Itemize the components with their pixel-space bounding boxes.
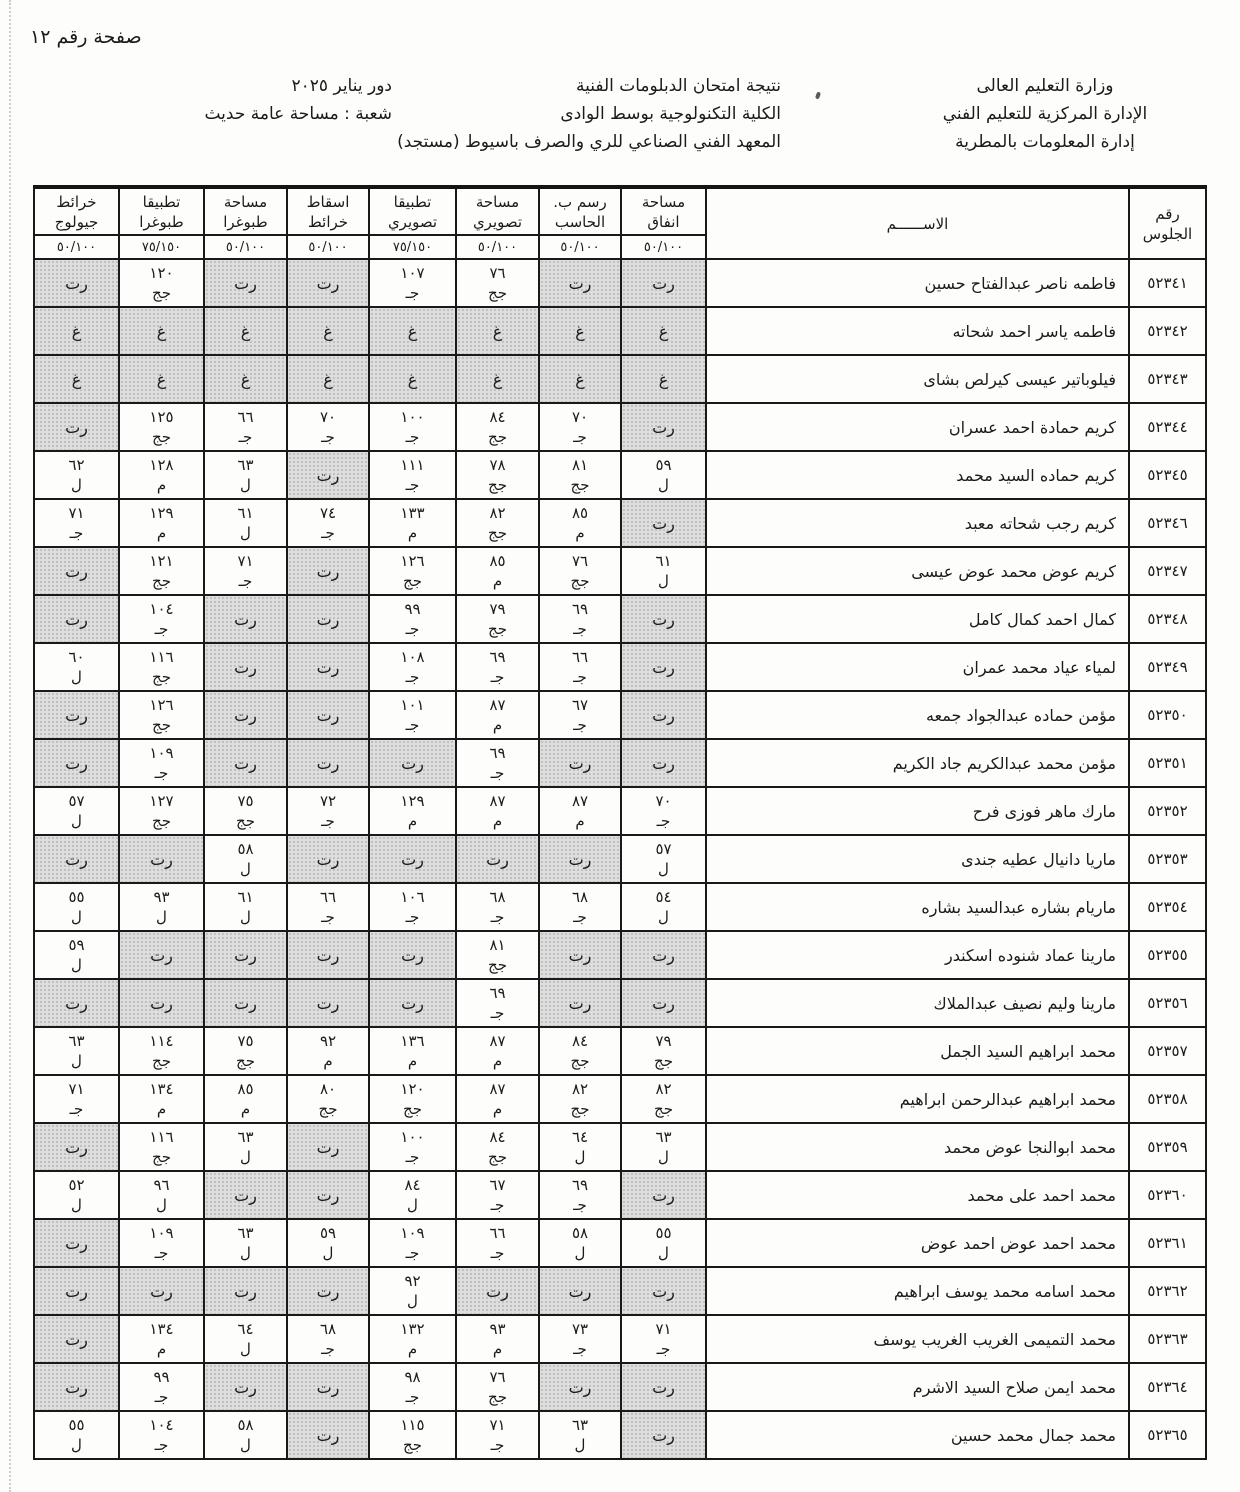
student-row: ٥٢٣٥٠مؤمن حماده عبدالجواد جمعهرت٦٧جـ٨٧م١…	[34, 691, 1206, 739]
grade-letter: جج	[120, 572, 203, 591]
grade-cell: رت	[539, 979, 621, 1027]
grade-letter: ل	[120, 1196, 203, 1215]
grade-cell: ٦٧جـ	[539, 691, 621, 739]
grade-letter: جج	[288, 1100, 368, 1119]
grade-cell: رت	[204, 691, 287, 739]
score-value: ١٠٦	[370, 887, 455, 908]
seat-number-cell: ٥٢٣٤٣	[1129, 355, 1206, 403]
grade-letter: ل	[370, 1196, 455, 1215]
grade-cell: ٦٤ل	[204, 1315, 287, 1363]
grade-letter: م	[370, 1052, 455, 1071]
student-row: ٥٢٣٦٢محمد اسامه محمد يوسف ابراهيمرترترت٩…	[34, 1267, 1206, 1315]
seat-number-cell: ٥٢٣٥٢	[1129, 787, 1206, 835]
grade-letter: م	[120, 524, 203, 543]
student-row: ٥٢٣٥٤ماريام بشاره عبدالسيد بشاره٥٤ل٦٨جـ٦…	[34, 883, 1206, 931]
score-value: ١٢٨	[120, 455, 203, 476]
grade-letter: م	[457, 716, 538, 735]
grade-letter: ل	[35, 908, 118, 927]
grade-cell: غ	[119, 307, 204, 355]
table-header: رقم الجلوس الاســــــم مساحةانفاق رسم ب.…	[34, 187, 1206, 259]
grade-letter: م	[120, 476, 203, 495]
score-value: ٨٤	[370, 1175, 455, 1196]
grade-letter: جـ	[370, 284, 455, 303]
grade-letter: ل	[205, 1148, 286, 1167]
score-value: ٧٩	[457, 599, 538, 620]
student-name-cell: فاطمه ناصر عبدالفتاح حسين	[706, 259, 1129, 307]
header-ministry-block: وزارة التعليم العالى الإدارة المركزية لل…	[880, 72, 1210, 156]
grade-cell: ١١٥جج	[369, 1411, 456, 1459]
score-value: ٦١	[205, 887, 286, 908]
score-value: ٧٢	[288, 791, 368, 812]
grade-cell: رت	[287, 739, 369, 787]
grade-letter: جج	[457, 284, 538, 303]
grade-letter: جـ	[370, 908, 455, 927]
grade-letter: ل	[540, 1148, 620, 1167]
seat-number-cell: ٥٢٣٤٧	[1129, 547, 1206, 595]
grade-cell: رت	[621, 1363, 706, 1411]
grade-cell: رت	[287, 451, 369, 499]
score-value: ٦٠	[35, 647, 118, 668]
grade-letter: ل	[35, 668, 118, 687]
grade-cell: رت	[539, 1363, 621, 1411]
grade-cell: ٥٩ل	[621, 451, 706, 499]
grade-cell: ٥٢ل	[34, 1171, 119, 1219]
grade-letter: جـ	[457, 1244, 538, 1263]
grade-letter: جـ	[457, 668, 538, 687]
score-value: ١٣٢	[370, 1319, 455, 1340]
grade-cell: غ	[204, 355, 287, 403]
score-value: ٩٦	[120, 1175, 203, 1196]
grade-cell: ١٢٠جج	[369, 1075, 456, 1123]
max-score: ٥٠/١٠٠	[204, 235, 287, 259]
grade-cell: رت	[204, 979, 287, 1027]
grade-cell: ٨٧م	[456, 1027, 539, 1075]
score-value: ٩٩	[370, 599, 455, 620]
grade-cell: ١٢٦جج	[369, 547, 456, 595]
score-value: ٨٢	[457, 503, 538, 524]
grade-cell: ٨٥م	[456, 547, 539, 595]
grade-cell: ١٠٤جـ	[119, 595, 204, 643]
grade-cell: رت	[34, 595, 119, 643]
seat-number-cell: ٥٢٣٥٧	[1129, 1027, 1206, 1075]
grade-letter: جج	[622, 1100, 705, 1119]
grade-cell: رت	[287, 1363, 369, 1411]
score-value: ٦٧	[540, 695, 620, 716]
grade-cell: رت	[204, 259, 287, 307]
grade-cell: رت	[34, 259, 119, 307]
grade-cell: رت	[34, 1123, 119, 1171]
grade-cell: ٦٧جـ	[456, 1171, 539, 1219]
seat-number-cell: ٥٢٣٤٢	[1129, 307, 1206, 355]
score-value: ٧٠	[540, 407, 620, 428]
grade-cell: ١٣٢م	[369, 1315, 456, 1363]
grade-cell: غ	[34, 307, 119, 355]
grade-letter: ل	[205, 524, 286, 543]
grade-cell: ٨٥م	[204, 1075, 287, 1123]
score-value: ١١٦	[120, 647, 203, 668]
grade-cell: ٧٣جـ	[539, 1315, 621, 1363]
grade-cell: غ	[204, 307, 287, 355]
grade-letter: ل	[205, 1244, 286, 1263]
grade-cell: ١٣٣م	[369, 499, 456, 547]
score-value: ١٣٣	[370, 503, 455, 524]
score-value: ١٠٩	[370, 1223, 455, 1244]
score-value: ١٢٩	[120, 503, 203, 524]
score-value: ٧٦	[457, 263, 538, 284]
score-value: ١٢٦	[120, 695, 203, 716]
score-value: ٦٧	[457, 1175, 538, 1196]
score-value: ٧٥	[205, 1031, 286, 1052]
grade-cell: ١٠٩جـ	[369, 1219, 456, 1267]
header-exam-block: نتيجة امتحان الدبلومات الفنية الكلية الت…	[361, 72, 781, 156]
grade-letter: جج	[457, 1388, 538, 1407]
grade-letter: م	[457, 1100, 538, 1119]
grade-cell: ٨٤جج	[456, 403, 539, 451]
grade-letter: جج	[120, 284, 203, 303]
grade-letter: جـ	[540, 908, 620, 927]
grade-letter: ل	[35, 1052, 118, 1071]
score-value: ٧٤	[288, 503, 368, 524]
grade-cell: ١٢٦جج	[119, 691, 204, 739]
score-value: ٦٦	[540, 647, 620, 668]
score-value: ١٢٦	[370, 551, 455, 572]
score-value: ١٠١	[370, 695, 455, 716]
grade-cell: ٧٩جج	[621, 1027, 706, 1075]
student-row: ٥٢٣٥٦مارينا وليم نصيف عبدالملاكرترت٦٩جـر…	[34, 979, 1206, 1027]
grade-cell: ٨٤جج	[456, 1123, 539, 1171]
grade-letter: جج	[120, 428, 203, 447]
grade-cell: ١٣٤م	[119, 1315, 204, 1363]
student-name-cell: محمد احمد على محمد	[706, 1171, 1129, 1219]
student-row: ٥٢٣٦١محمد احمد عوض احمد عوض٥٥ل٥٨ل٦٦جـ١٠٩…	[34, 1219, 1206, 1267]
grade-letter: جج	[120, 812, 203, 831]
grade-cell: ٦٠ل	[34, 643, 119, 691]
grade-letter: ل	[205, 908, 286, 927]
grade-letter: جـ	[457, 764, 538, 783]
seat-number-cell: ٥٢٣٥٠	[1129, 691, 1206, 739]
grade-letter: جج	[540, 1100, 620, 1119]
grade-letter: ل	[370, 1292, 455, 1311]
grade-letter: جـ	[622, 812, 705, 831]
student-row: ٥٢٣٤٢فاطمه ياسر احمد شحاتهغغغغغغغغ	[34, 307, 1206, 355]
seat-number-cell: ٥٢٣٥٦	[1129, 979, 1206, 1027]
score-value: ٩٣	[457, 1319, 538, 1340]
score-value: ٦٣	[205, 455, 286, 476]
grade-cell: ١٢٩م	[119, 499, 204, 547]
grade-cell: غ	[369, 355, 456, 403]
grade-letter: جج	[205, 812, 286, 831]
score-value: ١٠٤	[120, 1415, 203, 1436]
score-value: ٨٥	[457, 551, 538, 572]
student-row: ٥٢٣٤٨كمال احمد كمال كاملرت٦٩جـ٧٩جج٩٩جـرت…	[34, 595, 1206, 643]
student-row: ٥٢٣٤٦كريم رجب شحاته معبدرت٨٥م٨٢جج١٣٣م٧٤ج…	[34, 499, 1206, 547]
grade-letter: ل	[622, 572, 705, 591]
seat-number-cell: ٥٢٣٤٩	[1129, 643, 1206, 691]
grade-cell: ٥٨ل	[539, 1219, 621, 1267]
grade-cell: رت	[34, 1219, 119, 1267]
score-value: ١١١	[370, 455, 455, 476]
score-value: ٦١	[622, 551, 705, 572]
score-value: ٧٣	[540, 1319, 620, 1340]
grade-cell: غ	[539, 355, 621, 403]
max-score: ٥٠/١٠٠	[456, 235, 539, 259]
score-value: ٨٧	[457, 695, 538, 716]
score-value: ٨٥	[205, 1079, 286, 1100]
grade-cell: رت	[621, 1267, 706, 1315]
score-value: ٧٠	[622, 791, 705, 812]
grade-cell: ٨٧م	[456, 691, 539, 739]
grade-cell: غ	[287, 307, 369, 355]
subject-header-map-projection: اسقاطخرائط	[287, 187, 369, 235]
student-row: ٥٢٣٥٩محمد ابوالنجا عوض محمد٦٣ل٦٤ل٨٤جج١٠٠…	[34, 1123, 1206, 1171]
seat-number-cell: ٥٢٣٤٤	[1129, 403, 1206, 451]
grade-letter: جج	[457, 956, 538, 975]
header-session-block: دور يناير ٢٠٢٥ شعبة : مساحة عامة حديث	[92, 72, 392, 128]
session-line: دور يناير ٢٠٢٥	[92, 72, 392, 100]
grade-cell: ٦٨جـ	[456, 883, 539, 931]
student-name-cell: فيلوباتير عيسى كيرلص بشاى	[706, 355, 1129, 403]
max-score: ٥٠/١٠٠	[287, 235, 369, 259]
grade-letter: م	[288, 1052, 368, 1071]
subject-header-tunnel-survey: مساحةانفاق	[621, 187, 706, 235]
grade-cell: غ	[369, 307, 456, 355]
grade-letter: جـ	[457, 1436, 538, 1455]
score-value: ٦٣	[205, 1223, 286, 1244]
grade-cell: ١٢١جج	[119, 547, 204, 595]
grade-cell: ٩٩جـ	[119, 1363, 204, 1411]
grade-cell: رت	[369, 835, 456, 883]
grade-cell: ٨٠جج	[287, 1075, 369, 1123]
score-value: ٦٨	[457, 887, 538, 908]
grade-cell: ٩٦ل	[119, 1171, 204, 1219]
score-value: ٦٣	[35, 1031, 118, 1052]
student-name-cell: مؤمن حماده عبدالجواد جمعه	[706, 691, 1129, 739]
grade-cell: ٦٣ل	[539, 1411, 621, 1459]
score-value: ٦٩	[457, 983, 538, 1004]
score-value: ٨٧	[457, 1079, 538, 1100]
student-name-cell: محمد اسامه محمد يوسف ابراهيم	[706, 1267, 1129, 1315]
seat-number-cell: ٥٢٣٤٨	[1129, 595, 1206, 643]
grade-cell: رت	[34, 739, 119, 787]
grade-cell: رت	[119, 979, 204, 1027]
seat-number-cell: ٥٢٣٦٥	[1129, 1411, 1206, 1459]
grade-cell: رت	[287, 979, 369, 1027]
grade-cell: ٧٥جج	[204, 1027, 287, 1075]
student-name-cell: لمياء عياد محمد عمران	[706, 643, 1129, 691]
seat-number-cell: ٥٢٣٦١	[1129, 1219, 1206, 1267]
score-value: ٨٥	[540, 503, 620, 524]
grade-cell: غ	[621, 355, 706, 403]
score-value: ٧٩	[622, 1031, 705, 1052]
student-name-cell: كريم حماده السيد محمد	[706, 451, 1129, 499]
grade-letter: م	[370, 812, 455, 831]
student-name-cell: محمد ابراهيم عبدالرحمن ابراهيم	[706, 1075, 1129, 1123]
table-body: ٥٢٣٤١فاطمه ناصر عبدالفتاح حسينرترت٧٦جج١٠…	[34, 259, 1206, 1459]
score-value: ٦٩	[540, 1175, 620, 1196]
score-value: ٥٨	[205, 1415, 286, 1436]
score-value: ٦٣	[622, 1127, 705, 1148]
score-value: ١٠٩	[120, 743, 203, 764]
grade-letter: ل	[120, 908, 203, 927]
grade-letter: ل	[35, 812, 118, 831]
grade-letter: ل	[35, 476, 118, 495]
grade-cell: ٥٩ل	[287, 1219, 369, 1267]
score-value: ١٢٧	[120, 791, 203, 812]
student-name-cell: كريم رجب شحاته معبد	[706, 499, 1129, 547]
grade-cell: ٨٢جج	[456, 499, 539, 547]
score-value: ٨٤	[457, 1127, 538, 1148]
score-value: ١٣٦	[370, 1031, 455, 1052]
grade-letter: م	[205, 1100, 286, 1119]
grade-letter: م	[370, 524, 455, 543]
grade-cell: رت	[287, 259, 369, 307]
grade-cell: رت	[34, 403, 119, 451]
student-row: ٥٢٣٥٢مارك ماهر فوزى فرح٧٠جـ٨٧م٨٧م١٢٩م٧٢ج…	[34, 787, 1206, 835]
grade-cell: رت	[119, 931, 204, 979]
grade-letter: جج	[457, 476, 538, 495]
max-score: ٥٠/١٠٠	[621, 235, 706, 259]
grade-letter: جـ	[370, 476, 455, 495]
grade-letter: جـ	[370, 668, 455, 687]
grade-cell: ٩٢م	[287, 1027, 369, 1075]
score-value: ٥٥	[622, 1223, 705, 1244]
grade-letter: م	[540, 812, 620, 831]
grade-cell: ١٢٠جج	[119, 259, 204, 307]
grade-cell: ١٠٩جـ	[119, 1219, 204, 1267]
scanned-results-sheet: صفحة رقم ١٢ وزارة التعليم العالى الإدارة…	[0, 0, 1240, 1492]
grade-cell: ٥٧ل	[34, 787, 119, 835]
grade-letter: جـ	[120, 764, 203, 783]
grade-cell: ٧٢جـ	[287, 787, 369, 835]
grade-cell: ١٠٩جـ	[119, 739, 204, 787]
grade-letter: جـ	[457, 1196, 538, 1215]
grade-cell: رت	[204, 1171, 287, 1219]
score-value: ٨٧	[457, 791, 538, 812]
grade-letter: ل	[35, 956, 118, 975]
score-value: ٥٧	[35, 791, 118, 812]
grade-letter: جج	[457, 524, 538, 543]
grade-cell: رت	[539, 835, 621, 883]
grade-letter: جج	[540, 476, 620, 495]
student-name-cell: كريم عوض محمد عوض عيسى	[706, 547, 1129, 595]
student-row: ٥٢٣٤٧كريم عوض محمد عوض عيسى٦١ل٧٦جج٨٥م١٢٦…	[34, 547, 1206, 595]
student-name-cell: فاطمه ياسر احمد شحاته	[706, 307, 1129, 355]
score-value: ٦٢	[35, 455, 118, 476]
grade-letter: جج	[370, 1436, 455, 1455]
grade-letter: جـ	[457, 1004, 538, 1023]
grade-cell: ٩٩جـ	[369, 595, 456, 643]
grade-cell: ٥٨ل	[204, 1411, 287, 1459]
grade-cell: ٧٦جج	[539, 547, 621, 595]
grade-cell: رت	[204, 1267, 287, 1315]
subject-header-photogrammetry-applications: تطبيقاتصويري	[369, 187, 456, 235]
grade-letter: جج	[120, 1148, 203, 1167]
grade-cell: ١١٦جج	[119, 643, 204, 691]
grade-cell: رت	[621, 1171, 706, 1219]
grade-cell: ٨١جج	[539, 451, 621, 499]
student-row: ٥٢٣٦٣محمد التميمى الغريب الغريب يوسف٧١جـ…	[34, 1315, 1206, 1363]
grade-letter: ل	[622, 1148, 705, 1167]
grade-letter: جج	[622, 1052, 705, 1071]
central-admin-line: الإدارة المركزية للتعليم الفني	[880, 100, 1210, 128]
grade-cell: ١١٤جج	[119, 1027, 204, 1075]
grade-cell: ٧٨جج	[456, 451, 539, 499]
student-row: ٥٢٣٤٤كريم حمادة احمد عسرانرت٧٠جـ٨٤جج١٠٠ج…	[34, 403, 1206, 451]
max-score: ٧٥/١٥٠	[119, 235, 204, 259]
score-value: ١٢١	[120, 551, 203, 572]
grade-cell: رت	[204, 739, 287, 787]
subject-header-topographic-survey: مساحةطبوغرا	[204, 187, 287, 235]
grade-cell: ٥٥ل	[621, 1219, 706, 1267]
grade-cell: ١٠٧جـ	[369, 259, 456, 307]
student-name-cell: محمد ايمن صلاح السيد الاشرم	[706, 1363, 1129, 1411]
grade-letter: م	[370, 1340, 455, 1359]
max-score: ٧٥/١٥٠	[369, 235, 456, 259]
grade-letter: ل	[622, 908, 705, 927]
grade-letter: جج	[370, 572, 455, 591]
grade-cell: غ	[456, 307, 539, 355]
grade-cell: ١٢٧جج	[119, 787, 204, 835]
score-value: ٨٢	[622, 1079, 705, 1100]
grade-cell: ٨٧م	[539, 787, 621, 835]
seat-number-cell: ٥٢٣٤٥	[1129, 451, 1206, 499]
grade-cell: رت	[621, 595, 706, 643]
score-value: ٦٦	[457, 1223, 538, 1244]
seat-number-cell: ٥٢٣٥٤	[1129, 883, 1206, 931]
score-value: ٨٧	[540, 791, 620, 812]
grade-letter: جج	[120, 1052, 203, 1071]
grade-letter: جج	[457, 1148, 538, 1167]
grade-cell: رت	[369, 931, 456, 979]
grade-cell: رت	[456, 835, 539, 883]
grade-cell: ١٠٨جـ	[369, 643, 456, 691]
results-table: رقم الجلوس الاســــــم مساحةانفاق رسم ب.…	[33, 185, 1207, 1460]
score-value: ٩٢	[370, 1271, 455, 1292]
grade-cell: رت	[621, 643, 706, 691]
grade-cell: رت	[287, 835, 369, 883]
grade-cell: ٦١ل	[204, 499, 287, 547]
score-value: ٦٩	[457, 743, 538, 764]
student-row: ٥٢٣٥١مؤمن محمد عبدالكريم جاد الكريمرترت٦…	[34, 739, 1206, 787]
grade-cell: ٦٨جـ	[287, 1315, 369, 1363]
grade-cell: رت	[621, 259, 706, 307]
score-value: ١٢٠	[120, 263, 203, 284]
info-admin-line: إدارة المعلومات بالمطرية	[880, 128, 1210, 156]
student-row: ٥٢٣٤٣فيلوباتير عيسى كيرلص بشاىغغغغغغغغ	[34, 355, 1206, 403]
grade-cell: رت	[34, 1315, 119, 1363]
grade-cell: ٦٣ل	[204, 1219, 287, 1267]
grade-cell: رت	[369, 739, 456, 787]
score-value: ٨٤	[457, 407, 538, 428]
exam-result-line: نتيجة امتحان الدبلومات الفنية	[361, 72, 781, 100]
grade-cell: ٨٤جج	[539, 1027, 621, 1075]
grade-cell: ٨١جج	[456, 931, 539, 979]
student-name-cell: مؤمن محمد عبدالكريم جاد الكريم	[706, 739, 1129, 787]
grade-letter: ل	[622, 1244, 705, 1263]
grade-letter: جج	[457, 428, 538, 447]
grade-letter: جـ	[540, 668, 620, 687]
grade-cell: غ	[34, 355, 119, 403]
subject-header-photogrammetry: مساحةتصويري	[456, 187, 539, 235]
grade-letter: م	[457, 1052, 538, 1071]
student-name-cell: مارينا عماد شنوده اسكندر	[706, 931, 1129, 979]
grade-cell: ٦٤ل	[539, 1123, 621, 1171]
student-name-cell: محمد جمال محمد حسين	[706, 1411, 1129, 1459]
student-name-cell: محمد ابراهيم السيد الجمل	[706, 1027, 1129, 1075]
score-value: ١٣٤	[120, 1319, 203, 1340]
grade-cell: ١٠٠جـ	[369, 1123, 456, 1171]
grade-letter: جـ	[370, 1148, 455, 1167]
